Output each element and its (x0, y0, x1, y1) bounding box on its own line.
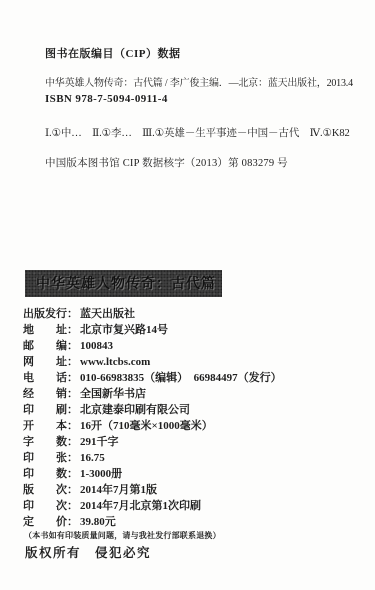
pubinfo-colon: ： (67, 468, 78, 480)
pubinfo-colon: ： (67, 324, 78, 336)
pubinfo-label: 印刷 (23, 402, 67, 418)
pubinfo-value: 全国新华书店 (80, 388, 146, 400)
pubinfo-value: 2014年7月第1版 (80, 484, 157, 496)
pubinfo-colon: ： (67, 420, 78, 432)
publication-info: 出版发行：蓝天出版社 地址：北京市复兴路14号 邮编：100843 网址：www… (23, 306, 282, 530)
pubinfo-row: 网址：www.ltcbs.com (23, 354, 282, 370)
pubinfo-label: 印数 (23, 466, 67, 482)
pubinfo-row: 印次：2014年7月北京第1次印刷 (23, 498, 282, 514)
book-copyright-page: 图书在版编目（CIP）数据 中华英雄人物传奇：古代篇 / 李广俊主编．—北京：蓝… (0, 0, 375, 590)
pubinfo-row: 出版发行：蓝天出版社 (23, 306, 282, 322)
pubinfo-colon: ： (67, 516, 78, 528)
pubinfo-label: 邮编 (23, 338, 67, 354)
cip-entry-line: 中华英雄人物传奇：古代篇 / 李广俊主编．—北京：蓝天出版社，2013.4 (45, 74, 353, 89)
pubinfo-value: 291千字 (80, 436, 119, 448)
pubinfo-row: 电话：010-66983835（编辑） 66984497（发行） (23, 370, 282, 386)
pubinfo-label: 电话 (23, 370, 67, 386)
pubinfo-row: 开本：16开（710毫米×1000毫米） (23, 418, 282, 434)
pubinfo-value: 16.75 (80, 452, 105, 464)
pubinfo-value: www.ltcbs.com (80, 356, 150, 368)
pubinfo-colon: ： (67, 484, 78, 496)
pubinfo-value: 1-3000册 (80, 468, 122, 480)
pubinfo-row: 地址：北京市复兴路14号 (23, 322, 282, 338)
pubinfo-row: 字数：291千字 (23, 434, 282, 450)
pubinfo-value: 100843 (80, 340, 113, 352)
pubinfo-label: 定价 (23, 514, 67, 530)
pubinfo-row: 经销：全国新华书店 (23, 386, 282, 402)
pubinfo-colon: ： (67, 356, 78, 368)
cip-record-line: 中国版本图书馆 CIP 数据核字（2013）第 083279 号 (45, 155, 288, 170)
pubinfo-colon: ： (67, 372, 78, 384)
pubinfo-colon: ： (67, 404, 78, 416)
pubinfo-label: 网址 (23, 354, 67, 370)
pubinfo-row: 定价：39.80元 (23, 514, 282, 530)
pubinfo-label: 版次 (23, 482, 67, 498)
pubinfo-label: 经销 (23, 386, 67, 402)
pubinfo-value: 北京市复兴路14号 (80, 324, 168, 336)
pubinfo-label: 地址 (23, 322, 67, 338)
cip-heading: 图书在版编目（CIP）数据 (45, 45, 180, 61)
pubinfo-row: 印刷：北京建泰印刷有限公司 (23, 402, 282, 418)
pubinfo-value: 16开（710毫米×1000毫米） (80, 420, 213, 432)
pubinfo-label: 印次 (23, 498, 67, 514)
pubinfo-colon: ： (67, 500, 78, 512)
pubinfo-colon: ： (67, 340, 78, 352)
pubinfo-value: 010-66983835（编辑） 66984497（发行） (80, 372, 282, 384)
pubinfo-label: 开本 (23, 418, 67, 434)
pubinfo-row: 邮编：100843 (23, 338, 282, 354)
pubinfo-row: 版次：2014年7月第1版 (23, 482, 282, 498)
pubinfo-colon: ： (67, 436, 78, 448)
pubinfo-colon: ： (67, 308, 78, 320)
pubinfo-colon: ： (67, 388, 78, 400)
quality-note: （本书如有印装质量问题，请与我社发行部联系退换） (24, 530, 221, 541)
pubinfo-label: 出版发行 (23, 306, 67, 322)
pubinfo-value: 蓝天出版社 (80, 308, 135, 320)
pubinfo-value: 2014年7月北京第1次印刷 (80, 500, 201, 512)
pubinfo-value: 北京建泰印刷有限公司 (80, 404, 190, 416)
pubinfo-row: 印张：16.75 (23, 450, 282, 466)
book-title-bar: 中华英雄人物传奇：古代篇 (25, 270, 222, 297)
pubinfo-label: 印张 (23, 450, 67, 466)
pubinfo-row: 印数：1-3000册 (23, 466, 282, 482)
isbn-line: ISBN 978-7-5094-0911-4 (45, 93, 168, 105)
classification-line: Ⅰ.①中… Ⅱ.①李… Ⅲ.①英雄－生平事迹－中国－古代 Ⅳ.①K82 (45, 125, 350, 140)
copyright-notice: 版权所有 侵犯必究 (25, 543, 151, 561)
pubinfo-label: 字数 (23, 434, 67, 450)
pubinfo-colon: ： (67, 452, 78, 464)
pubinfo-value: 39.80元 (80, 516, 116, 528)
